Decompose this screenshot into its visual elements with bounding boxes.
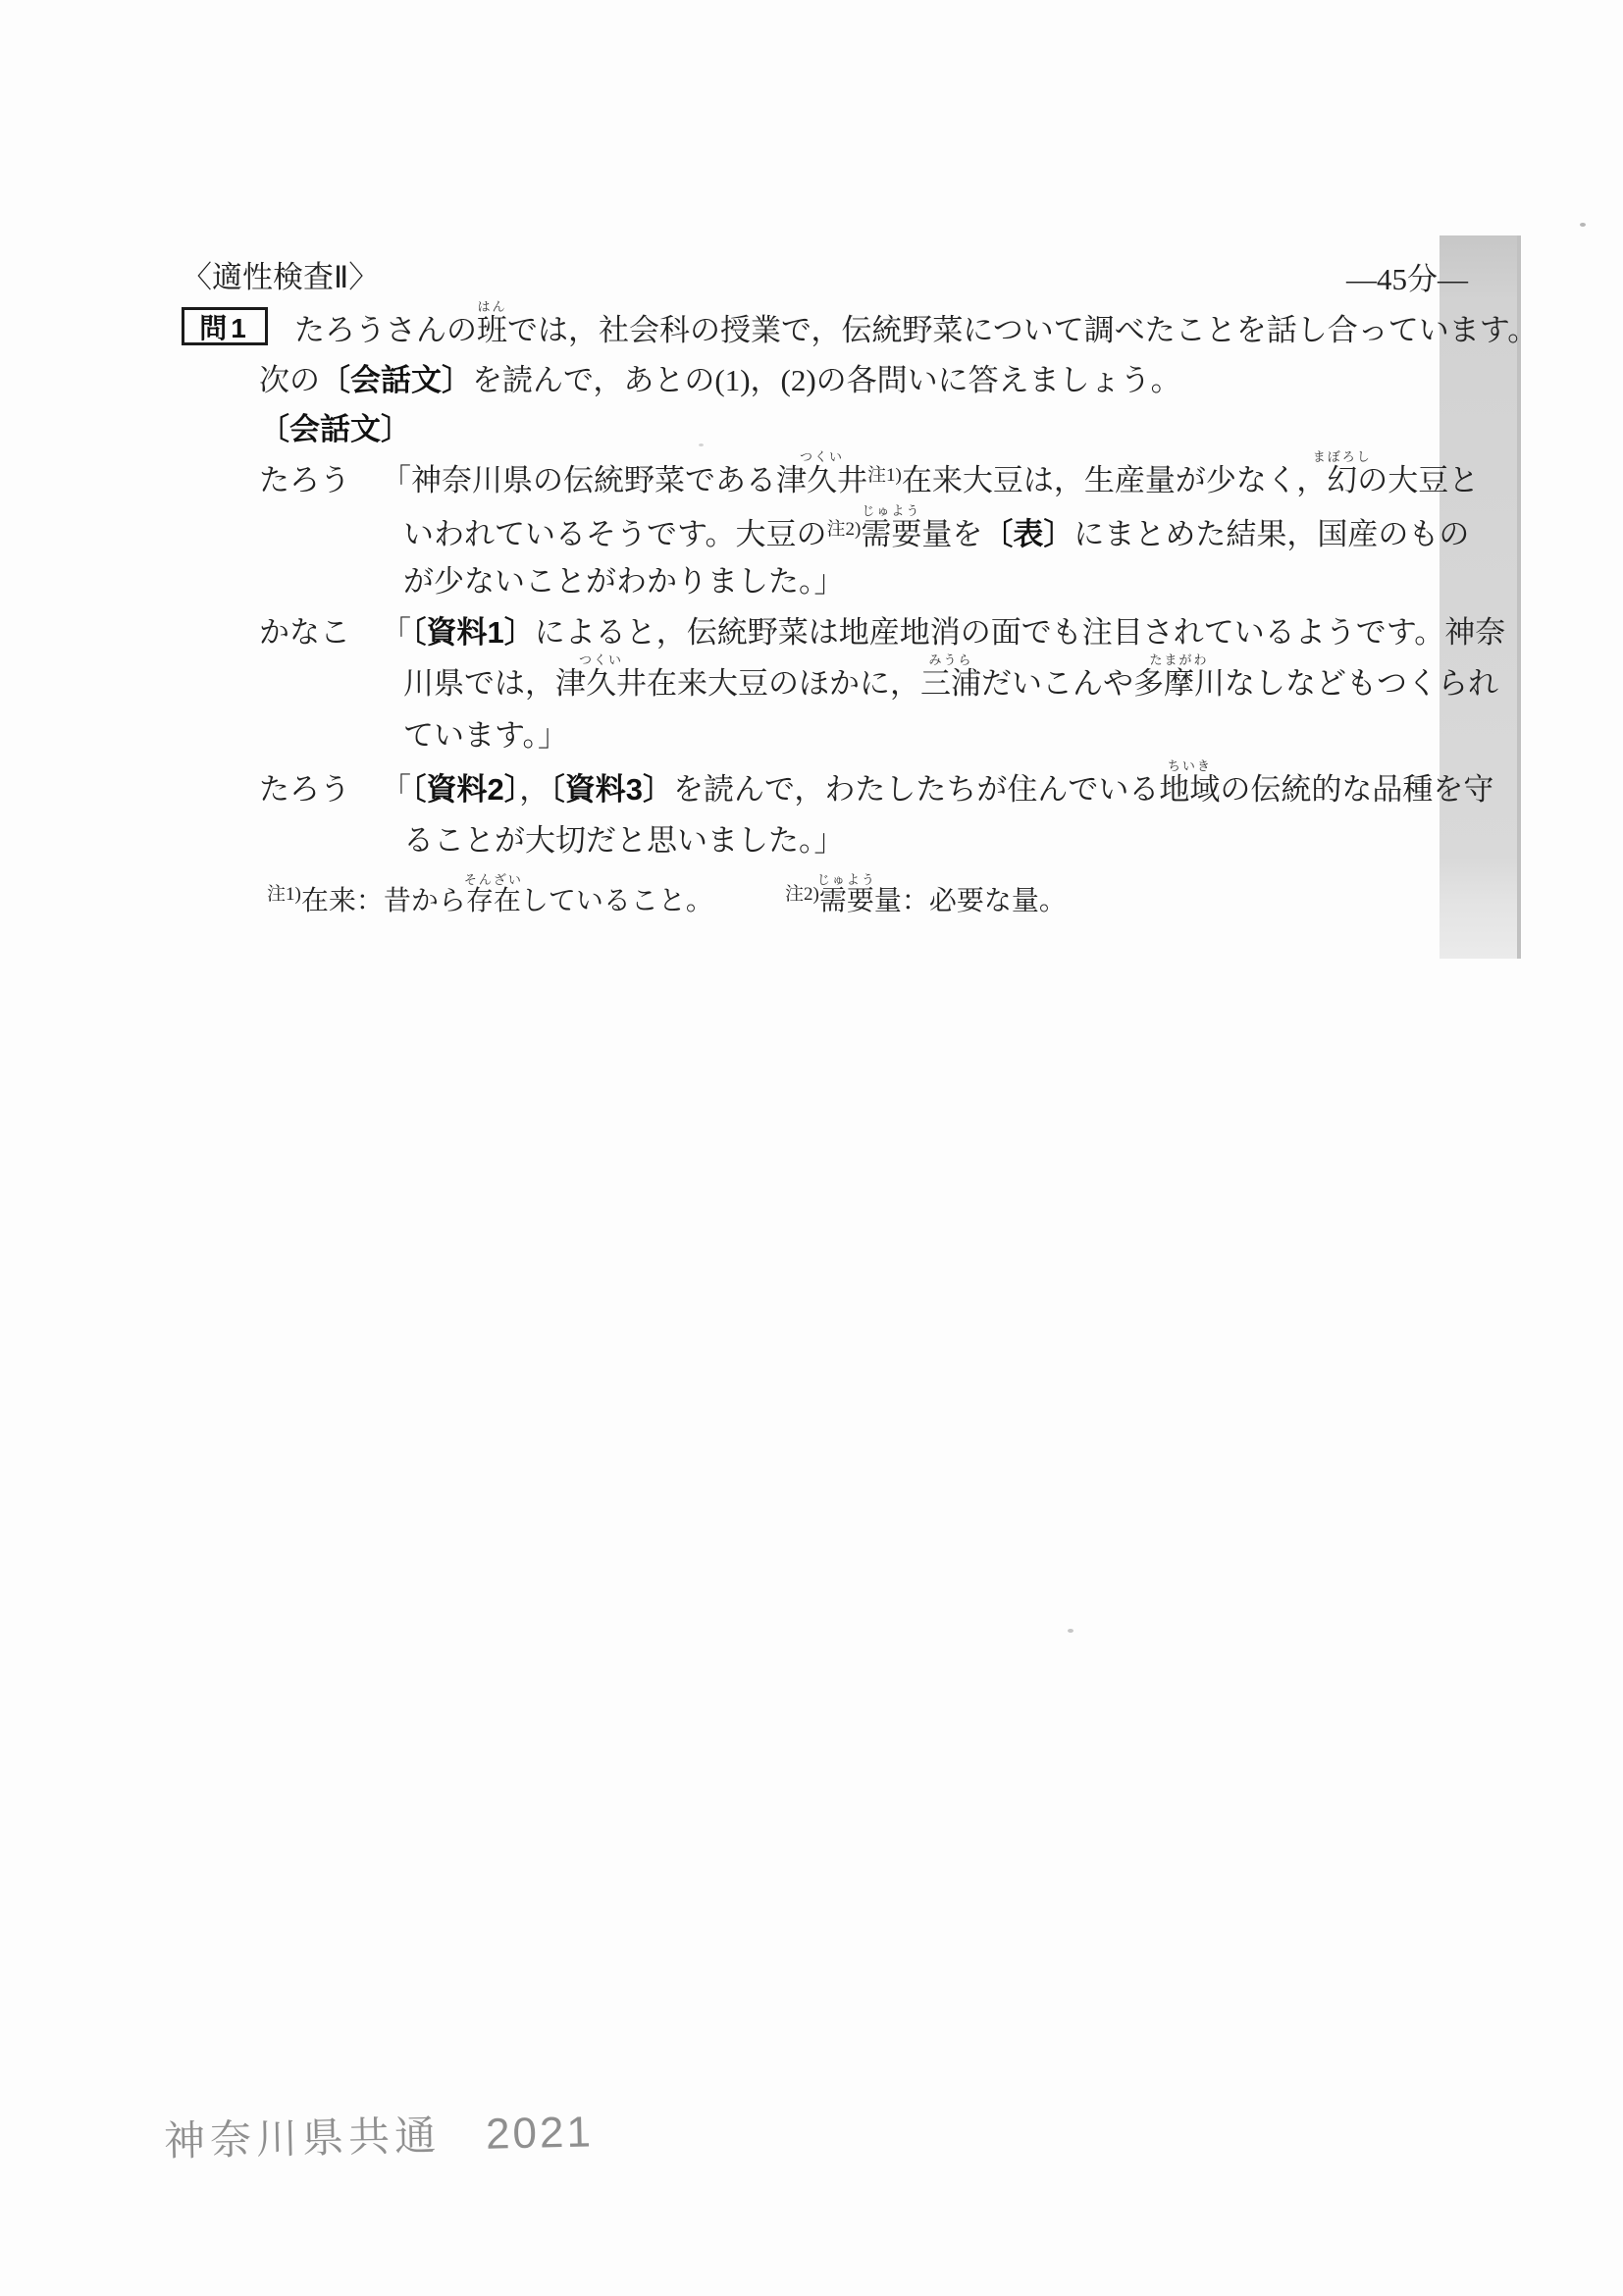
dialogue-line: 川県では，津久井つくい在来大豆のほかに，三浦みうらだいこんや多摩川たまがわなしな… xyxy=(403,663,1498,704)
dialogue-line: 「〔資料1〕によると，伝統野菜は地産地消の面でも注目されているようです。神奈 xyxy=(381,612,1505,653)
dialogue-line: いわれているそうです。大豆の注2)需要じゅよう量を〔表〕にまとめた結果，国産のも… xyxy=(403,514,1469,560)
conversation-heading: 〔会話文〕 xyxy=(259,409,411,450)
handwritten-note: 神奈川県共通2021 xyxy=(163,2100,594,2167)
scan-speck xyxy=(699,444,704,446)
handwritten-source: 神奈川県共通 xyxy=(164,2113,442,2165)
dialogue-line: が少ないことがわかりました。」 xyxy=(403,561,845,602)
speaker-name-taro: たろう xyxy=(259,769,350,810)
question1-intro-line-2: 次の〔会話文〕を読んで，あとの(1)，(2)の各問いに答えましょう。 xyxy=(259,360,1181,401)
speaker-name-taro: たろう xyxy=(259,460,350,501)
dialogue-line: ています。」 xyxy=(403,715,568,757)
exam-duration: —45分— xyxy=(1346,259,1468,300)
dialogue-line: ることが大切だと思いました。」 xyxy=(403,820,845,861)
scan-speck xyxy=(1580,223,1586,227)
speaker-name-kanako: かなこ xyxy=(259,612,350,653)
footnote-2: 注2)需要じゅよう量：必要な量。 xyxy=(785,881,1067,925)
dialogue-line: 「〔資料2〕，〔資料3〕を読んで，わたしたちが住んでいる地域ちいきの伝統的な品種… xyxy=(381,769,1493,810)
question1-intro-line-1: たろうさんの班はんでは，社会科の授業で，伝統野菜について調べたことを話し合ってい… xyxy=(294,310,1538,351)
question1-label: 問1 xyxy=(199,307,250,346)
scan-speck xyxy=(1068,1629,1073,1633)
handwritten-year: 2021 xyxy=(486,2108,595,2158)
footnote-1: 注1)在来：昔から存在そんざいしていること。 xyxy=(267,881,713,925)
dialogue-line: 「神奈川県の伝統野菜である津久井つくい注1)在来大豆は，生産量が少なく，幻まぼろ… xyxy=(381,460,1479,506)
question1-label-box: 問1 xyxy=(182,307,268,345)
exam-title: 〈適性検査Ⅱ〉 xyxy=(182,257,379,298)
exam-page: 〈適性検査Ⅱ〉 —45分— 問1 たろうさんの班はんでは，社会科の授業で，伝統野… xyxy=(0,0,1623,2296)
